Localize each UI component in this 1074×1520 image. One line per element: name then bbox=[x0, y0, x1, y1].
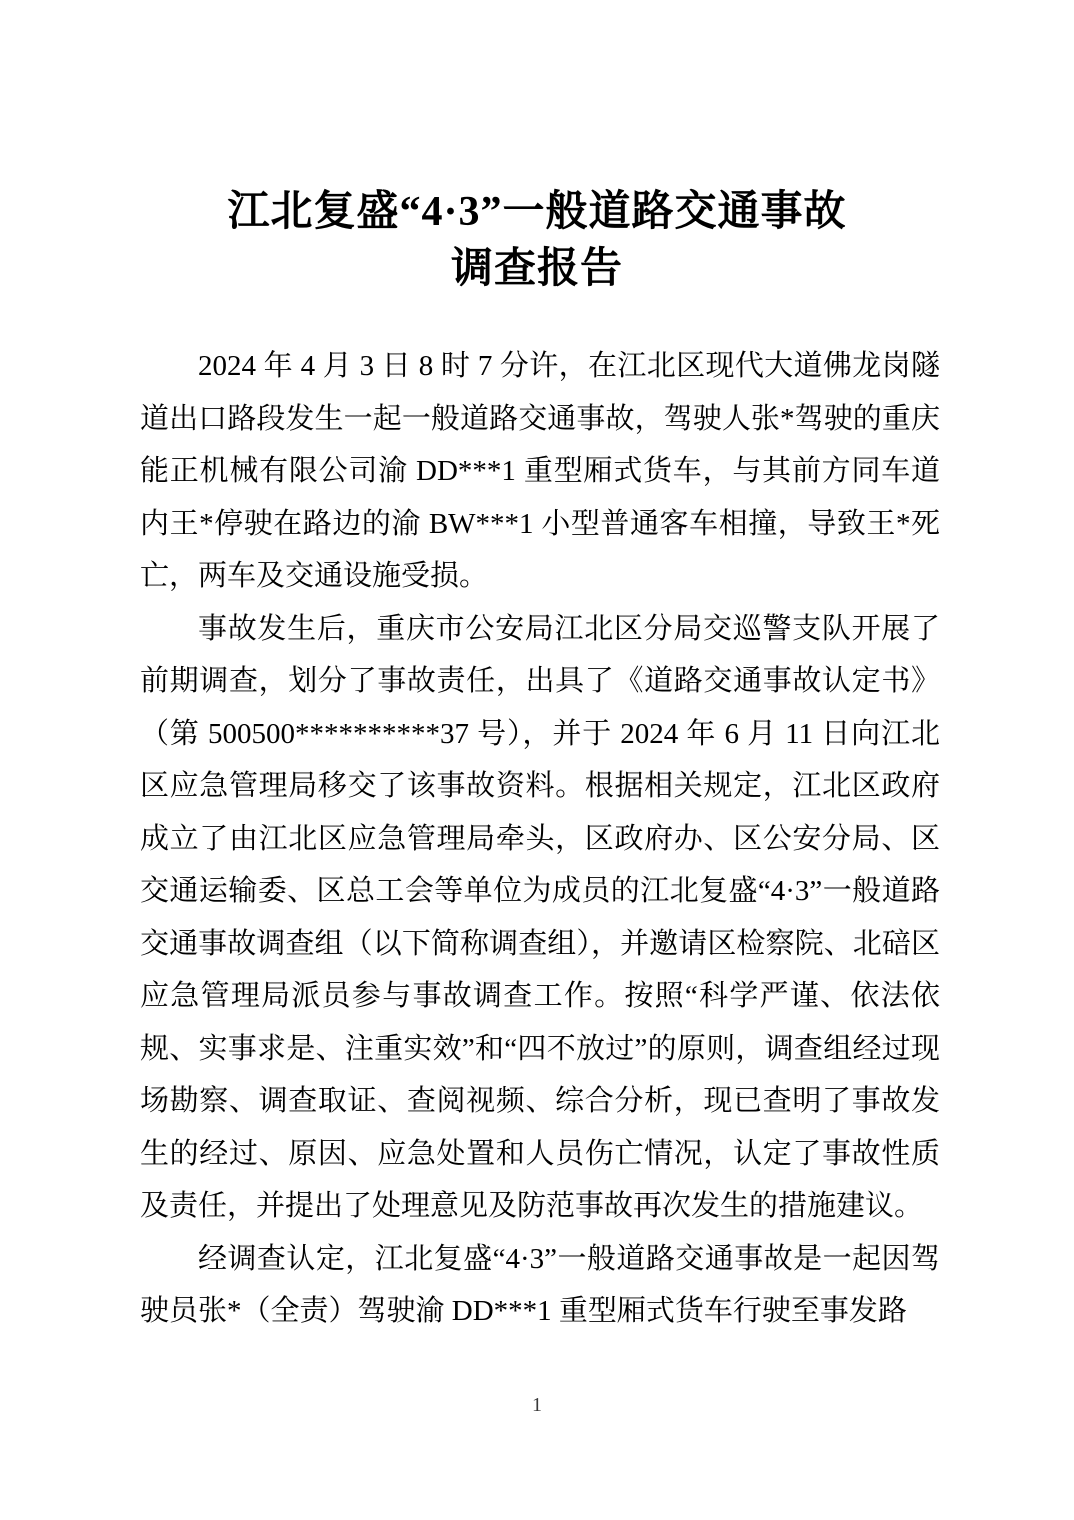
document-page: 江北复盛“4·3”一般道路交通事故 调查报告 2024 年 4 月 3 日 8 … bbox=[0, 0, 1074, 1520]
title-line-1: 江北复盛“4·3”一般道路交通事故 bbox=[0, 184, 1074, 241]
title-line-2: 调查报告 bbox=[0, 241, 1074, 298]
paragraph-findings-intro: 经调查认定，江北复盛“4·3”一般道路交通事故是一起因驾驶员张*（全责）驾驶渝 … bbox=[140, 1233, 940, 1338]
document-title: 江北复盛“4·3”一般道路交通事故 调查报告 bbox=[0, 184, 1074, 298]
paragraph-incident-summary: 2024 年 4 月 3 日 8 时 7 分许，在江北区现代大道佛龙岗隧道出口路… bbox=[140, 340, 940, 603]
page-number: 1 bbox=[0, 1394, 1074, 1417]
paragraph-investigation-setup: 事故发生后，重庆市公安局江北区分局交巡警支队开展了前期调查，划分了事故责任，出具… bbox=[140, 603, 940, 1233]
document-body: 2024 年 4 月 3 日 8 时 7 分许，在江北区现代大道佛龙岗隧道出口路… bbox=[140, 340, 940, 1338]
